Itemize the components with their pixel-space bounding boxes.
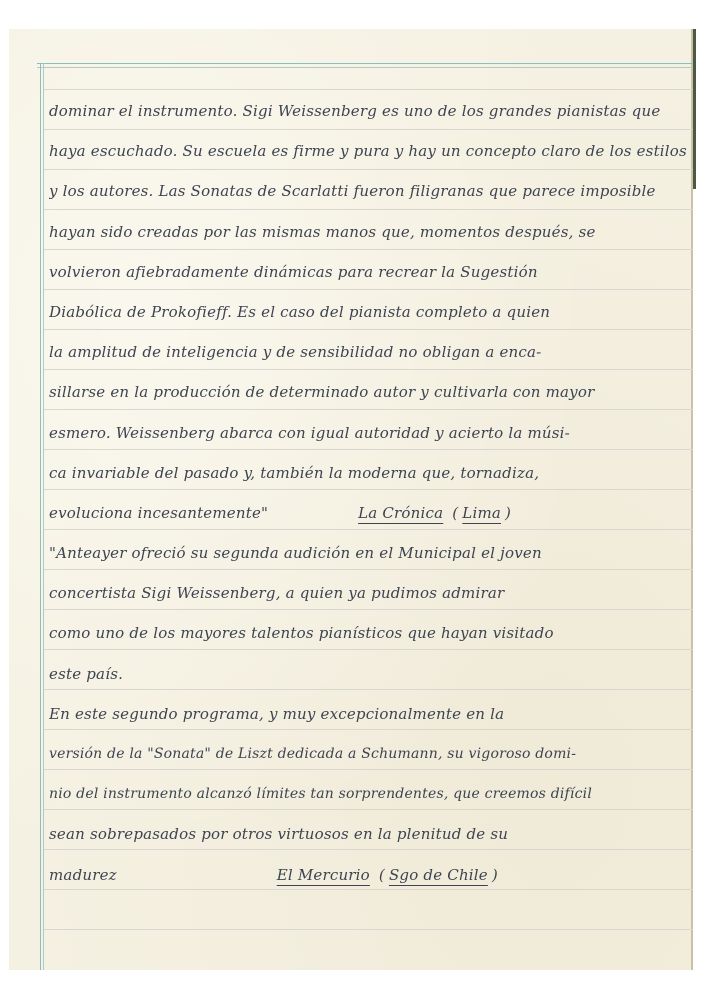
handwritten-text: dominar el instrumento. Sigi Weissenberg… xyxy=(49,91,689,895)
text-line: y los autores. Las Sonatas de Scarlatti … xyxy=(49,171,689,211)
text-line: En este segundo programa, y muy excepcio… xyxy=(49,694,689,734)
ruled-line xyxy=(44,929,693,930)
notebook-page: dominar el instrumento. Sigi Weissenberg… xyxy=(9,29,693,970)
text-line: "Anteayer ofreció su segunda audición en… xyxy=(49,533,689,573)
text-line: nio del instrumento alcanzó límites tan … xyxy=(49,774,689,814)
text-line-with-source: evoluciona incesantemente" La Crónica (L… xyxy=(49,493,689,533)
close-paren: ) xyxy=(492,866,498,884)
text-line: como uno de los mayores talentos pianíst… xyxy=(49,613,689,653)
text-line: volvieron afiebradamente dinámicas para … xyxy=(49,252,689,292)
text-line: haya escuchado. Su escuela es firme y pu… xyxy=(49,131,689,171)
text-line: la amplitud de inteligencia y de sensibi… xyxy=(49,332,689,372)
source-name: La Crónica xyxy=(358,493,443,533)
text-line: esmero. Weissenberg abarca con igual aut… xyxy=(49,413,689,453)
text-line: este país. xyxy=(49,654,689,694)
text-line: sean sobrepasados por otros virtuosos en… xyxy=(49,814,689,854)
close-paren: ) xyxy=(505,504,511,522)
source-city: Lima xyxy=(462,493,501,533)
text-line: Diabólica de Prokofieff. Es el caso del … xyxy=(49,292,689,332)
text-line: versión de la "Sonata" de Liszt dedicada… xyxy=(49,734,689,774)
text-line: hayan sido creadas por las mismas manos … xyxy=(49,212,689,252)
source-name: El Mercurio xyxy=(277,855,370,895)
text-line: ca invariable del pasado y, también la m… xyxy=(49,453,689,493)
source-city: Sgo de Chile xyxy=(389,855,488,895)
page-binding-edge xyxy=(693,29,696,189)
ruled-line xyxy=(44,89,693,90)
text-line: concertista Sigi Weissenberg, a quien ya… xyxy=(49,573,689,613)
text-line: dominar el instrumento. Sigi Weissenberg… xyxy=(49,91,689,131)
text-line: sillarse en la producción de determinado… xyxy=(49,372,689,412)
text-line-with-source: madurez El Mercurio (Sgo de Chile) xyxy=(49,855,689,895)
open-paren: ( xyxy=(379,866,385,884)
text-line: madurez xyxy=(49,866,117,884)
text-line: evoluciona incesantemente" xyxy=(49,504,268,522)
open-paren: ( xyxy=(452,504,458,522)
